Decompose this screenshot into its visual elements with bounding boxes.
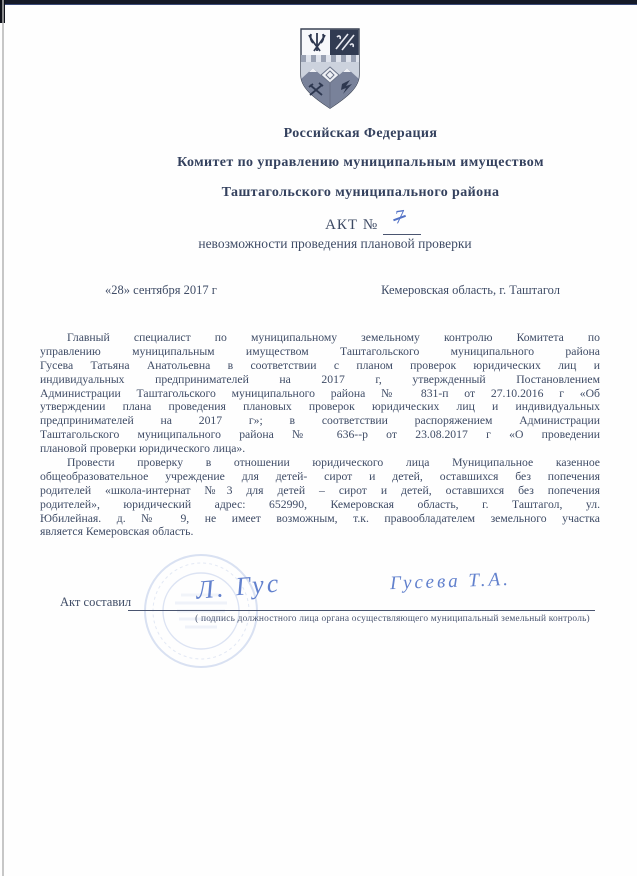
body-line: управлению муниципальным имуществом Ташт… <box>40 345 600 359</box>
coat-of-arms-icon <box>298 27 362 111</box>
act-number-underline: 7 <box>383 214 421 235</box>
act-label: АКТ № <box>325 217 378 233</box>
date-text: «28» сентября 2017 г <box>105 283 217 298</box>
place-text: Кемеровская область, г. Таштагол <box>381 283 560 298</box>
signature-label: Акт составил <box>60 595 131 610</box>
body-line: Юбилейная. д. № 9, не имеет возможным, т… <box>40 512 600 526</box>
body-line: является Кемеровская область. <box>40 525 600 539</box>
body-line: родителей», юридический адрес: 652990, К… <box>40 498 600 512</box>
act-subtitle: невозможности проведения плановой провер… <box>33 236 637 252</box>
body-line: Провести проверку в отношении юридическо… <box>40 456 600 470</box>
body-line: Главный специалист по муниципальному зем… <box>40 331 600 345</box>
handwritten-name: Гусева Т.А. <box>390 569 512 595</box>
body-line: родителей «школа-интернат №3 для детей –… <box>40 484 600 498</box>
header-country: Российская Федерация <box>84 126 637 142</box>
handwritten-act-number: 7 <box>393 206 406 229</box>
body-line: предпринимателей на 2017 г»; в соответст… <box>40 414 600 428</box>
body-line: утверждении плана проведения плановых пр… <box>40 400 600 414</box>
body-line: индивидуальных предпринимателей на 2017 … <box>40 373 600 387</box>
act-number-line: АКТ № 7 <box>109 213 637 234</box>
body-line: Таштагольского муниципального района № 6… <box>40 428 600 442</box>
body-line: Гусева Татьяна Анатольевна в соответстви… <box>40 359 600 373</box>
scanned-act-document: Российская Федерация Комитет по управлен… <box>0 0 637 876</box>
body-line: плановой проверки юридического лица». <box>40 442 600 456</box>
scan-edge-left <box>2 0 4 876</box>
header-district: Таштагольского муниципального района <box>84 185 637 201</box>
document-body: Главный специалист по муниципальному зем… <box>40 331 600 539</box>
body-line: Администрации Таштагольского муниципальн… <box>40 387 600 401</box>
header-committee: Комитет по управлению муниципальным имущ… <box>84 155 637 171</box>
scan-edge-top <box>0 0 637 5</box>
signature-caption: ( подпись должностного лица органа осуще… <box>195 614 590 624</box>
official-stamp-icon <box>141 551 261 671</box>
dateline: «28» сентября 2017 г Кемеровская область… <box>105 283 560 298</box>
body-line: общеобразовательное учреждение для детей… <box>40 470 600 484</box>
